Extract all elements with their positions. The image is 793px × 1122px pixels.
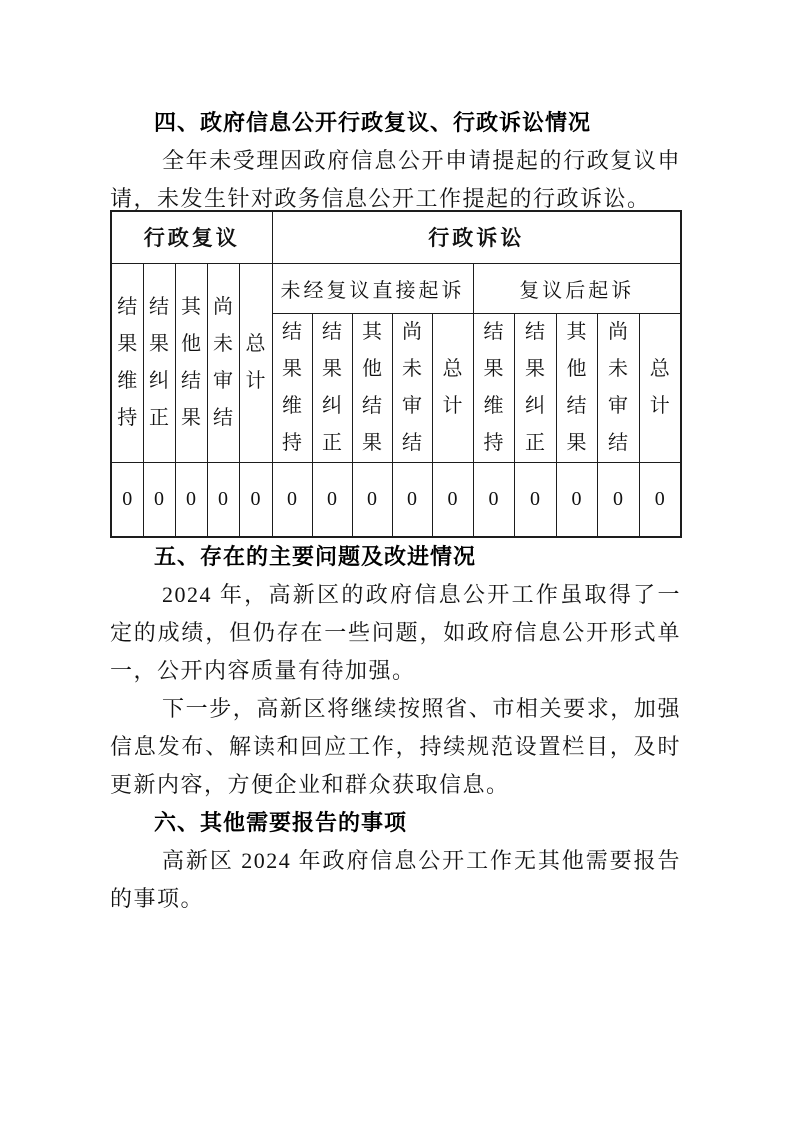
- review-litigation-table: 行政复议 行政诉讼 结果维持 结果纠正 其他结果 尚未审结 总计 未经复议直接起…: [110, 210, 682, 538]
- post-review-col-label-pending: 尚未审结: [597, 313, 639, 462]
- value-cell: 0: [312, 462, 352, 537]
- table-header-row: 行政复议 行政诉讼: [111, 211, 681, 263]
- value-cell: 0: [352, 462, 392, 537]
- post-review-col-label-other: 其他结果: [556, 313, 597, 462]
- section-four-paragraph: 全年未受理因政府信息公开申请提起的行政复议申请，未发生针对政务信息公开工作提起的…: [110, 142, 681, 218]
- review-col-label-upheld: 结果维持: [111, 263, 143, 462]
- table-value-row: 0 0 0 0 0 0 0 0 0 0 0 0 0 0 0: [111, 462, 681, 537]
- page-content: 四、政府信息公开行政复议、行政诉讼情况 全年未受理因政府信息公开申请提起的行政复…: [110, 104, 681, 918]
- post-review-col-label-total: 总计: [639, 313, 681, 462]
- section-five-heading: 五、存在的主要问题及改进情况: [110, 538, 681, 576]
- review-col-label-total: 总计: [239, 263, 272, 462]
- direct-suit-subheader: 未经复议直接起诉: [272, 263, 473, 313]
- direct-suit-col-label-pending: 尚未审结: [392, 313, 432, 462]
- section-four-heading: 四、政府信息公开行政复议、行政诉讼情况: [110, 104, 681, 142]
- value-cell: 0: [272, 462, 312, 537]
- value-cell: 0: [175, 462, 207, 537]
- post-review-col-label-corrected: 结果纠正: [514, 313, 556, 462]
- value-cell: 0: [207, 462, 239, 537]
- document-page: 四、政府信息公开行政复议、行政诉讼情况 全年未受理因政府信息公开申请提起的行政复…: [0, 0, 793, 1122]
- post-review-suit-subheader: 复议后起诉: [473, 263, 681, 313]
- post-review-col-label-upheld: 结果维持: [473, 313, 514, 462]
- value-cell: 0: [239, 462, 272, 537]
- value-cell: 0: [556, 462, 597, 537]
- value-cell: 0: [473, 462, 514, 537]
- value-cell: 0: [392, 462, 432, 537]
- direct-suit-col-label-other: 其他结果: [352, 313, 392, 462]
- section-five-paragraph-2: 下一步，高新区将继续按照省、市相关要求，加强信息发布、解读和回应工作，持续规范设…: [110, 690, 681, 804]
- value-cell: 0: [514, 462, 556, 537]
- section-five-paragraph-1: 2024 年，高新区的政府信息公开工作虽取得了一定的成绩，但仍存在一些问题，如政…: [110, 576, 681, 690]
- value-cell: 0: [597, 462, 639, 537]
- value-cell: 0: [432, 462, 473, 537]
- direct-suit-col-label-corrected: 结果纠正: [312, 313, 352, 462]
- direct-suit-col-label-upheld: 结果维持: [272, 313, 312, 462]
- section-six-paragraph: 高新区 2024 年政府信息公开工作无其他需要报告的事项。: [110, 842, 681, 918]
- table-subheader-row: 结果维持 结果纠正 其他结果 尚未审结 总计 未经复议直接起诉 复议后起诉: [111, 263, 681, 313]
- value-cell: 0: [111, 462, 143, 537]
- review-col-label-corrected: 结果纠正: [143, 263, 175, 462]
- section-six-heading: 六、其他需要报告的事项: [110, 804, 681, 842]
- review-col-label-pending: 尚未审结: [207, 263, 239, 462]
- litigation-group-header: 行政诉讼: [272, 211, 681, 263]
- review-col-label-other: 其他结果: [175, 263, 207, 462]
- value-cell: 0: [143, 462, 175, 537]
- direct-suit-col-label-total: 总计: [432, 313, 473, 462]
- review-group-header: 行政复议: [111, 211, 272, 263]
- value-cell: 0: [639, 462, 681, 537]
